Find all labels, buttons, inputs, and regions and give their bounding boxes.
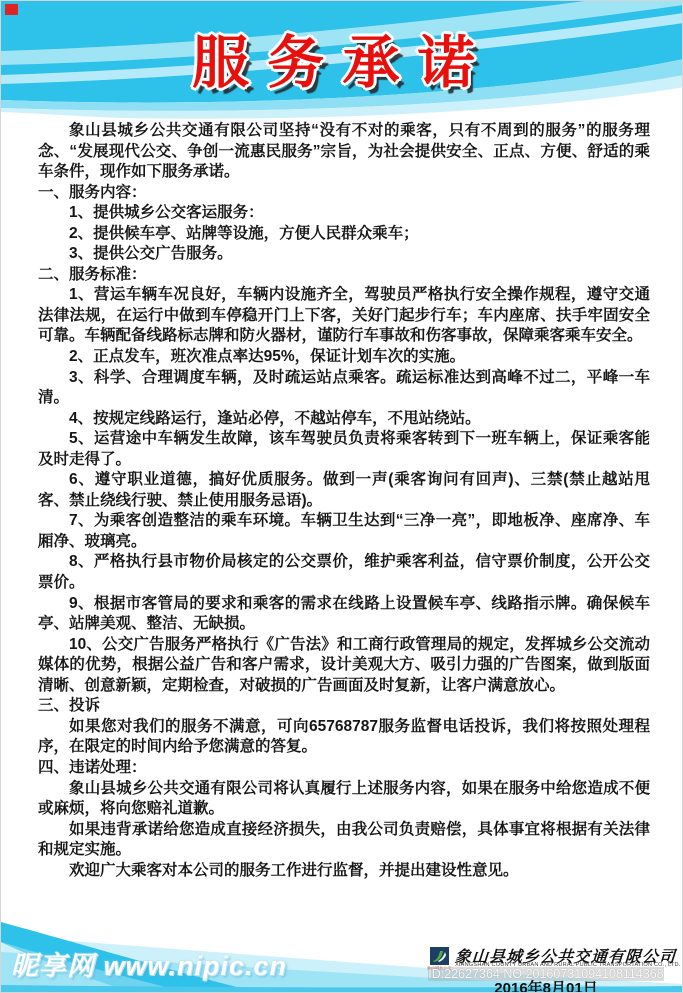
paragraph: 象山县城乡公共交通有限公司将认真履行上述服务内容，如果在服务中给您造成不便或麻烦…	[38, 779, 650, 820]
page-title: 服务承诺	[1, 17, 683, 99]
paragraph: 4、按规定线路运行，逢站必停，不越站停车，不甩站绕站。	[38, 409, 650, 430]
paragraph: 1、提供城乡公交客运服务：	[38, 203, 650, 224]
paragraph: 象山县城乡公共交通有限公司坚持“没有不对的乘客，只有不周到的服务”的服务理念、“…	[38, 121, 650, 183]
company-logo-icon	[430, 947, 449, 965]
nipic-watermark: 昵享网 www.nipic.cn	[11, 944, 287, 983]
paragraph: 2、提供候车亭、站牌等设施，方便人民群众乘车；	[38, 224, 650, 245]
header-wave-banner: 服务承诺	[1, 1, 683, 123]
paragraph: 9、根据市客管局的要求和乘客的需求在线路上设置候车亭、线路指示牌。确保候车亭、站…	[38, 594, 650, 635]
paragraph: 7、为乘客创造整洁的乘车环境。车辆卫生达到“三净一亮”，即地板净、座席净、车厢净…	[38, 511, 650, 552]
section-heading: 四、违诺处理：	[38, 758, 650, 779]
paragraph: 3、科学、合理调度车辆，及时疏运站点乘客。疏运标准达到高峰不过二，平峰一车清。	[38, 368, 650, 409]
section-heading: 三、投诉	[38, 696, 650, 717]
paragraph: 欢迎广大乘客对本公司的服务工作进行监督，并提出建设性意见。	[38, 861, 650, 882]
service-commitment-poster: 服务承诺 象山县城乡公共交通有限公司坚持“没有不对的乘客，只有不周到的服务”的服…	[0, 0, 683, 993]
paragraph: 3、提供公交广告服务。	[38, 244, 650, 265]
paragraph: 如果违背承诺给您造成直接经济损失，由我公司负责赔偿，具体事宜将根据有关法律和规定…	[38, 820, 650, 861]
paragraph: 2、正点发车，班次准点率达95%，保证计划车次的实施。	[38, 347, 650, 368]
paragraph: 如果您对我们的服务不满意，可向65768787服务监督电话投诉，我们将按照处理程…	[38, 717, 650, 758]
red-corner-mark	[5, 4, 18, 15]
paragraph: 5、运营途中车辆发生故障，该车驾驶员负责将乘客转到下一班车辆上，保证乘客能及时走…	[38, 429, 650, 470]
section-heading: 二、服务标准：	[38, 265, 650, 286]
paragraph: 6、遵守职业道德，搞好优质服务。做到一声(乘客询问有回声)、三禁(禁止越站甩客、…	[38, 470, 650, 511]
document-body: 象山县城乡公共交通有限公司坚持“没有不对的乘客，只有不周到的服务”的服务理念、“…	[38, 121, 650, 881]
company-logo	[430, 947, 449, 965]
section-heading: 一、服务内容：	[38, 183, 650, 204]
paragraph: 10、公交广告服务严格执行《广告法》和工商行政管理局的规定，发挥城乡公交流动媒体…	[38, 635, 650, 697]
paragraph: 8、严格执行县市物价局核定的公交票价，维护乘客利益，信守票价制度，公开公交票价。	[38, 552, 650, 593]
document-date: 2016年8月01日	[461, 977, 631, 993]
paragraph: 1、营运车辆车况良好，车辆内设施齐全，驾驶员严格执行安全操作规程，遵守交通法律法…	[38, 285, 650, 347]
